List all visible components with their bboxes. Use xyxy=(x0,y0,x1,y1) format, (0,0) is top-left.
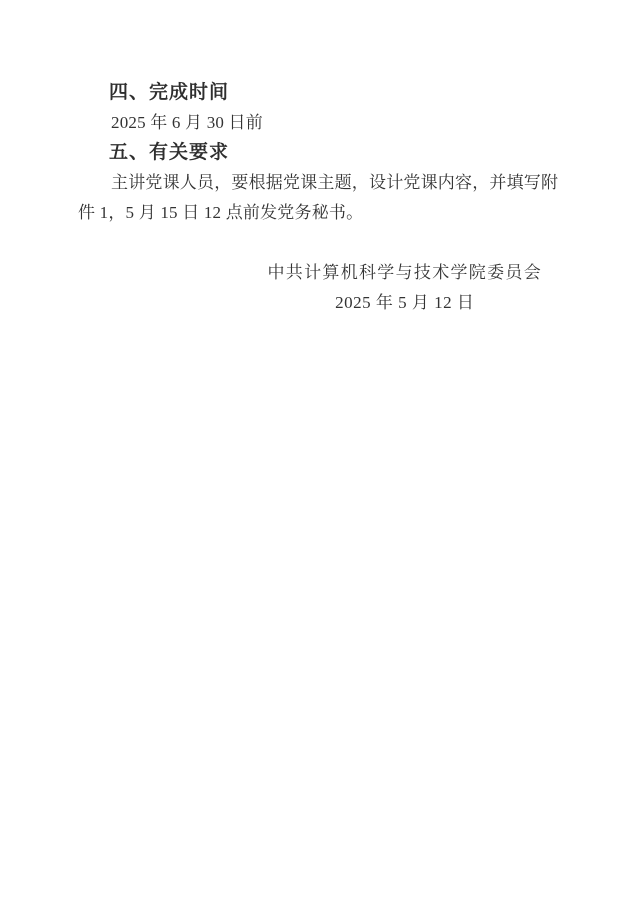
requirements-paragraph-line-2: 件 1，5 月 15 日 12 点前发党务秘书。 xyxy=(78,198,579,228)
section-heading-requirements: 五、有关要求 xyxy=(78,138,579,168)
document-content: 四、完成时间 2025 年 6 月 30 日前 五、有关要求 主讲党课人员，要根… xyxy=(0,0,639,318)
signature-date: 2025 年 5 月 12 日 xyxy=(335,288,474,318)
section-heading-completion-time: 四、完成时间 xyxy=(78,78,579,108)
completion-date-line: 2025 年 6 月 30 日前 xyxy=(78,108,579,138)
signature-block: 中共计算机科学与技术学院委员会 2025 年 5 月 12 日 xyxy=(268,258,543,318)
requirements-paragraph-line-1: 主讲党课人员，要根据党课主题，设计党课内容，并填写附 xyxy=(78,168,579,198)
signature-organization: 中共计算机科学与技术学院委员会 xyxy=(268,258,543,288)
document-page: 四、完成时间 2025 年 6 月 30 日前 五、有关要求 主讲党课人员，要根… xyxy=(0,0,639,905)
